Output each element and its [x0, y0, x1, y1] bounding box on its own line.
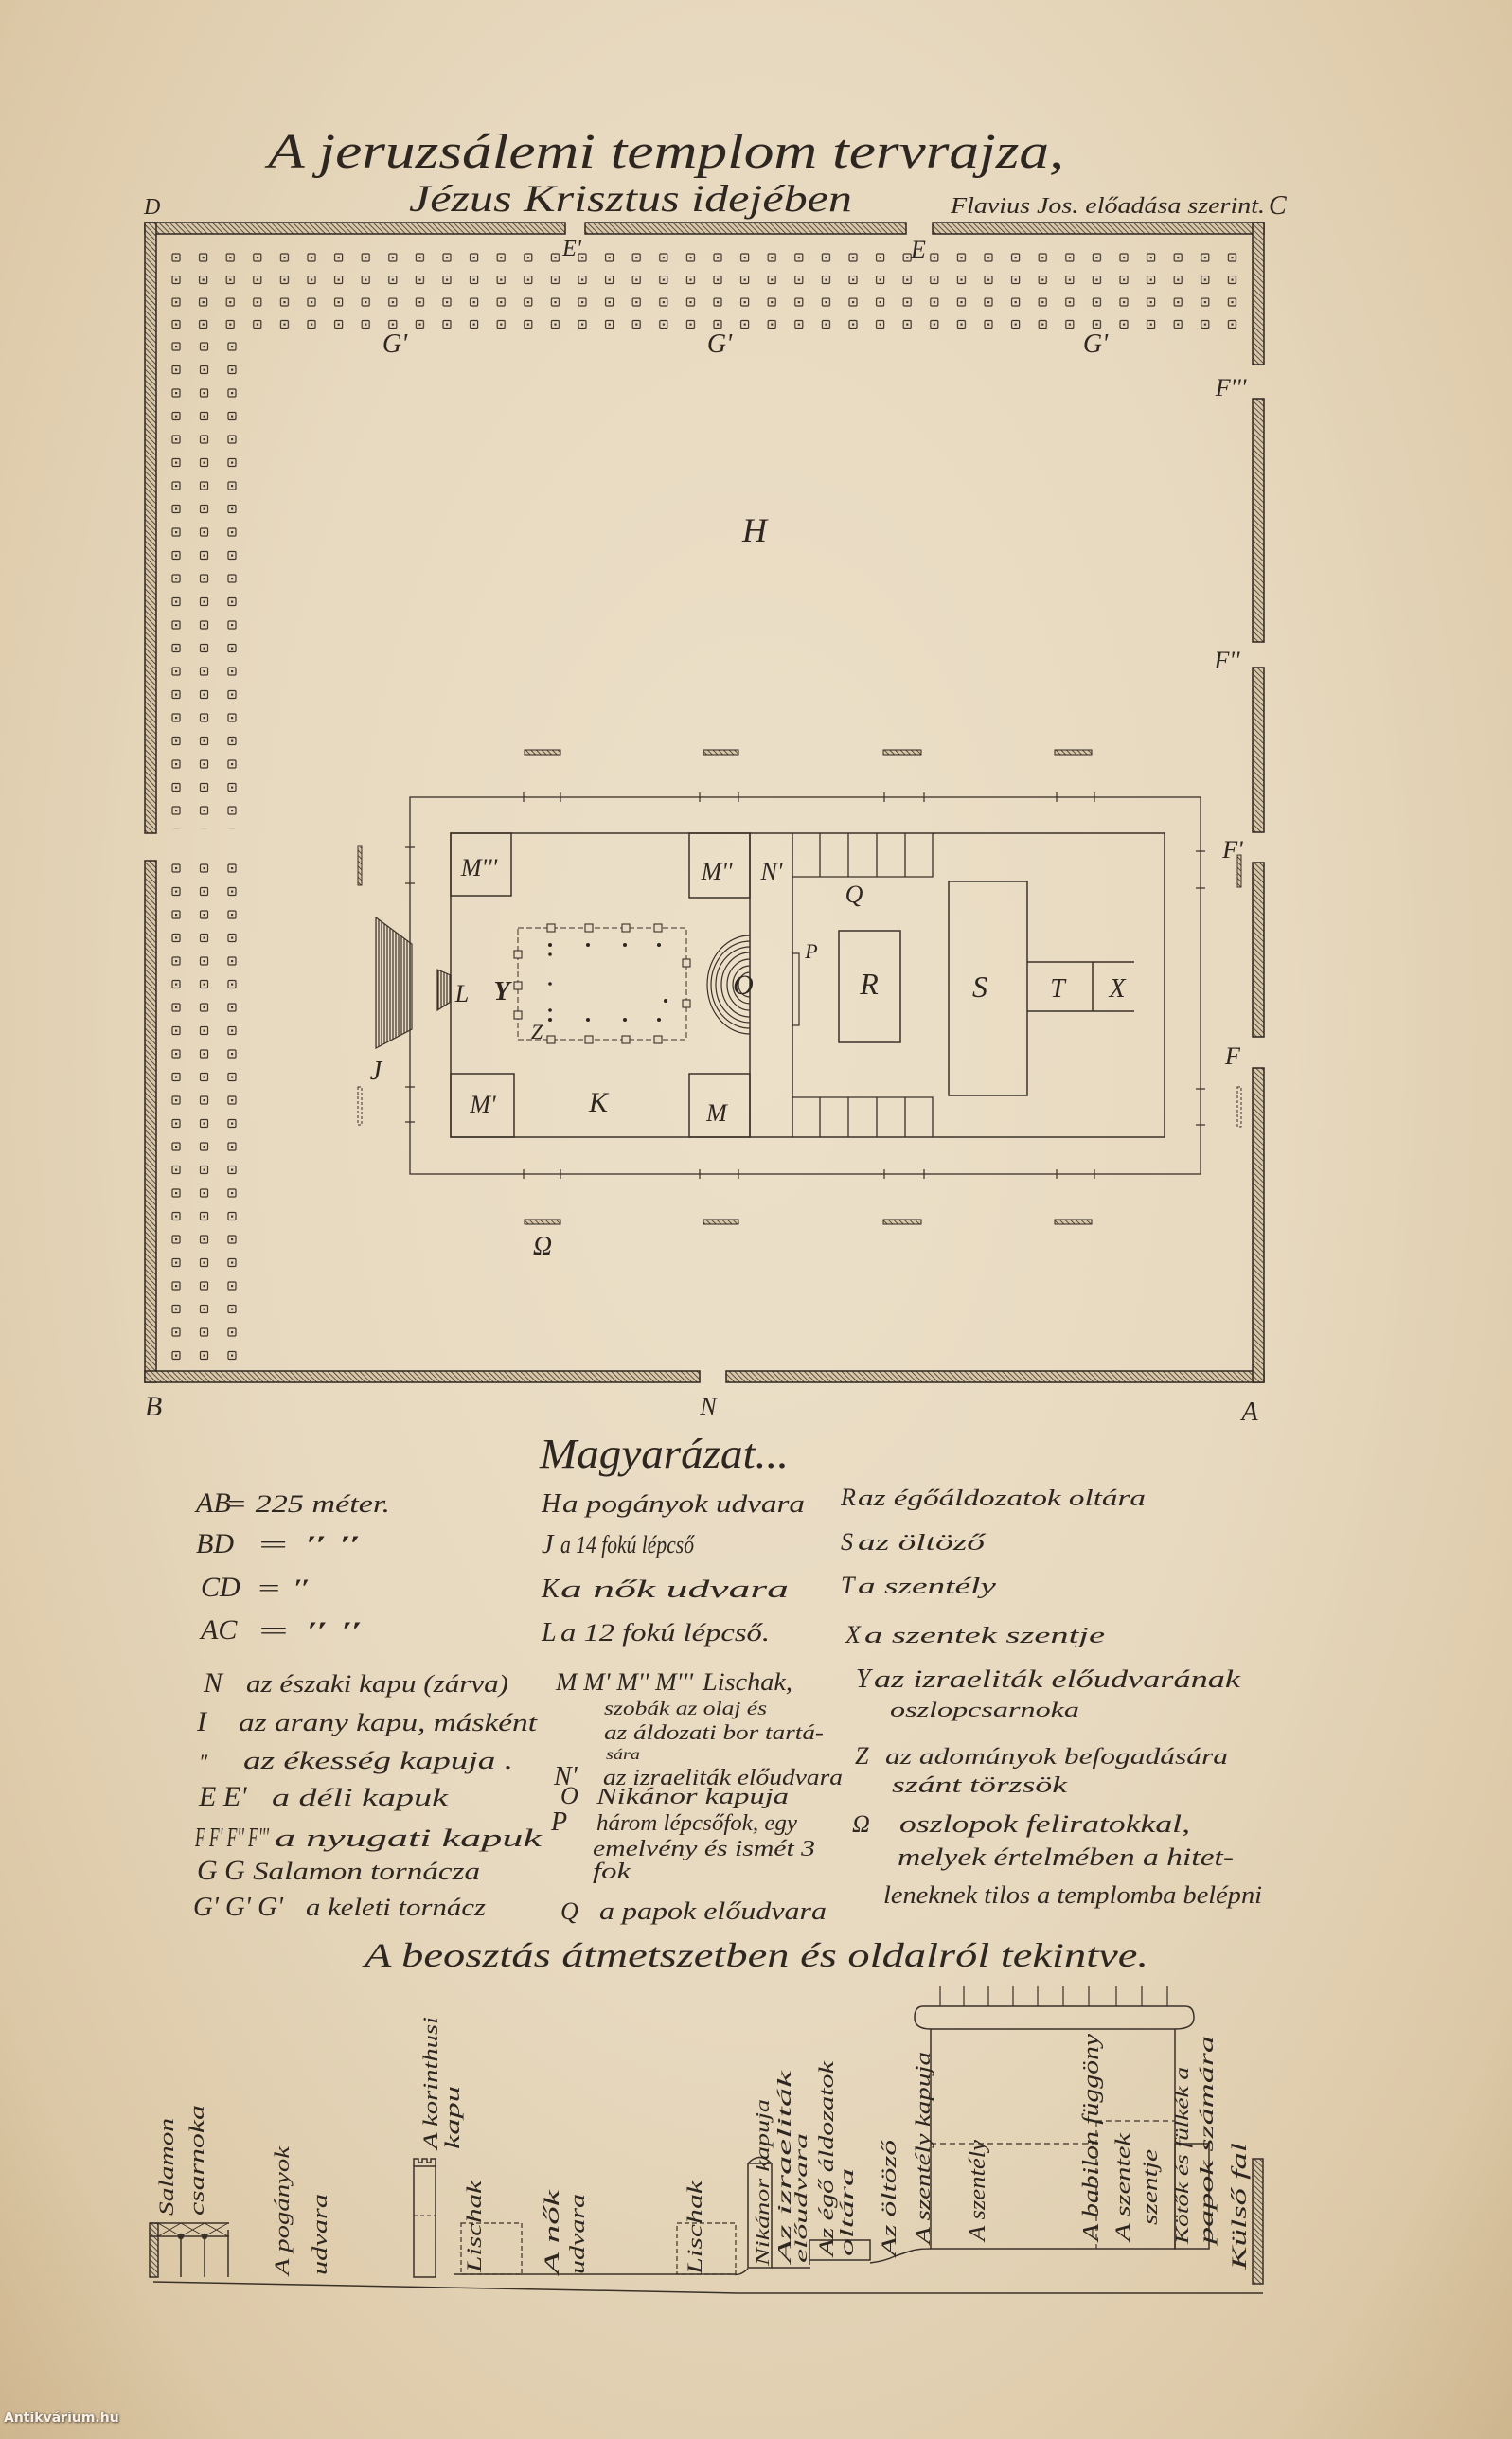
cross-section-labels: Salamon csarnoka A pogányok udvara A kor… [154, 2017, 1251, 2278]
label-west-gate-f2: F'' [1213, 647, 1239, 674]
legend-key: AC [199, 1614, 238, 1646]
legend-text: a nők udvara [560, 1576, 789, 1603]
legend-text: a szentek szentje [864, 1624, 1106, 1648]
label-chamber-m: M [705, 1099, 728, 1127]
legend-text: szánt törzsök [892, 1773, 1068, 1798]
legend-key: F F' F'' F''' [194, 1824, 269, 1853]
legend-text: a nyugati kapuk [275, 1825, 543, 1852]
legend-text: a déli kapuk [272, 1784, 449, 1811]
legend-text: = ″ ″ [256, 1531, 360, 1558]
legend-text: emelvény és ismét 3 [593, 1837, 815, 1861]
legend-key: K [541, 1575, 560, 1604]
legend-text: az öltöző [858, 1531, 987, 1556]
section-label: udvara [308, 2194, 331, 2275]
section-label: csarnoka [185, 2105, 208, 2216]
solomon-porch-columns-lower [171, 863, 255, 1365]
section-label: előudvara [792, 2133, 810, 2263]
west-marker-lower [1237, 1087, 1241, 1127]
terrace-ticks [405, 792, 1205, 1179]
legend-text: Salamon tornácza [253, 1858, 480, 1885]
legend: Magyarázat... AB = 225 méter. BD = ″ ″ C… [193, 1431, 1262, 1925]
legend-text: = ″ [256, 1575, 310, 1602]
section-label: Salamon [154, 2118, 178, 2216]
legend-key: Ω [852, 1810, 870, 1838]
legend-left-column: AB = 225 méter. BD = ″ ″ CD = ″ AC = ″ ″… [193, 1487, 543, 1922]
label-warning-pillars: Ω [533, 1232, 552, 1261]
label-east-porch-3: G' [1083, 329, 1109, 359]
section-label: A szentély kapuja [911, 2052, 934, 2247]
section-label: A nők [540, 2188, 563, 2278]
label-holy-place: T [1050, 974, 1067, 1004]
section-label: Az égő áldozatok [814, 2059, 838, 2258]
east-marker-lower [358, 1087, 362, 1125]
label-womens-court: K [588, 1087, 610, 1118]
section-label: A szentély [966, 2140, 990, 2244]
terrace-outline [410, 797, 1201, 1174]
legend-key: E E' [198, 1781, 247, 1812]
corner-label-a: A [1239, 1398, 1258, 1427]
colonnades [171, 253, 1241, 1365]
temple-elevation [915, 1986, 1209, 2249]
section-label: Nikánor kapuja [753, 2099, 774, 2267]
label-chamber-m2: M'' [701, 858, 733, 885]
label-north-gate: N [699, 1393, 718, 1420]
legend-key: P [550, 1807, 567, 1837]
legend-key: J [542, 1530, 555, 1559]
label-stair-14: J [370, 1057, 383, 1086]
section-label: Az öltöző [877, 2139, 900, 2260]
plan-labels: H G' G' G' E' E F''' F'' F' F B N A J L … [145, 236, 1259, 1427]
legend-text: Lischak, [702, 1668, 792, 1696]
label-chamber-m3: M''' [460, 854, 498, 881]
steps-bottom [792, 1097, 933, 1137]
legend-text: oszlopok feliratokkal, [899, 1810, 1190, 1838]
corner-label-d: D [143, 195, 160, 220]
legend-right-column: R az égőáldozatok oltára S az öltöző T a… [840, 1484, 1262, 1909]
legend-key: M M' M'' M''' [555, 1668, 693, 1696]
legend-title: Magyarázat... [539, 1431, 789, 1477]
label-porch: S [972, 970, 987, 1004]
legend-text: az adományok befogadására [885, 1745, 1228, 1770]
legend-key: S [841, 1528, 853, 1556]
legend-key: O [560, 1782, 578, 1809]
temple-plan-sheet: A jeruzsálemi templom tervrajza, Jézus K… [0, 0, 1512, 2439]
legend-key: G G [197, 1855, 245, 1886]
legend-key: T [841, 1572, 856, 1599]
outer-wall [145, 223, 1264, 1382]
section-label: A korinthusi [418, 2017, 442, 2152]
legend-text: sára [606, 1747, 640, 1763]
label-west-gate-f: F [1224, 1042, 1241, 1070]
label-east-porch-2: G' [707, 329, 733, 359]
legend-key: H [541, 1489, 562, 1519]
label-colonnade: Y [493, 977, 512, 1006]
stair-12-steps [437, 970, 451, 1010]
solomon-porch-columns-upper [171, 342, 255, 829]
legend-text: fok [593, 1860, 631, 1884]
legend-text: = 225 méter. [225, 1490, 390, 1518]
label-altar: R [859, 967, 879, 1001]
platform-outline [792, 953, 799, 1025]
womens-court-colonnade [518, 928, 686, 1040]
title-line-2: Jézus Krisztus idejében [409, 177, 852, 220]
section-label: A szentek [1111, 2131, 1134, 2243]
legend-middle-column: H a pogányok udvara J a 14 fokú lépcső K… [541, 1489, 843, 1925]
title-block: A jeruzsálemi templom tervrajza, Jézus K… [143, 125, 1287, 221]
section-label: papok számára [1197, 2036, 1218, 2248]
section-label: Lischak [462, 2179, 486, 2273]
label-east-porch-1: G' [382, 329, 408, 359]
legend-key: G' G' G' [193, 1893, 284, 1922]
legend-key: I [196, 1706, 208, 1737]
legend-key: R [840, 1484, 856, 1511]
watermark: Antikvárium.hu [4, 2411, 119, 2426]
legend-text: melyek értelmében a hitet- [898, 1843, 1234, 1871]
legend-text: az ékesség kapuja . [243, 1747, 513, 1774]
title-source: Flavius Jos. előadása szerint. [950, 194, 1265, 219]
legend-text: a papok előudvara [599, 1897, 827, 1925]
section-label: Lischak [683, 2179, 706, 2275]
legend-text: az izraeliták előudvarának [874, 1665, 1241, 1693]
legend-text: az égőáldozatok oltára [858, 1487, 1146, 1511]
section-label: udvara [565, 2194, 589, 2274]
legend-text: leneknek tilos a templomba belépni [883, 1881, 1262, 1909]
east-porch-columns [171, 253, 1241, 342]
legend-text: a pogányok udvara [562, 1490, 805, 1518]
legend-key: Z [855, 1742, 869, 1770]
label-chamber-m1: M' [469, 1091, 496, 1118]
label-west-gate-f3: F''' [1215, 374, 1247, 401]
section-label: Kötők és fülkék a [1172, 2067, 1193, 2245]
legend-key: BD [196, 1528, 234, 1559]
legend-text: oszlopcsarnoka [890, 1698, 1079, 1721]
legend-text: az áldozati bor tartá- [604, 1720, 824, 1744]
label-priests-court: Q [845, 881, 863, 908]
corner-label-b: B [145, 1391, 162, 1422]
legend-key: Q [560, 1897, 578, 1925]
east-marker-upper [358, 846, 362, 885]
legend-key: X [845, 1621, 862, 1648]
legend-key: CD [201, 1572, 240, 1603]
stair-14-steps [376, 917, 412, 1048]
section-label: A pogányok [270, 2145, 294, 2277]
corner-label-c: C [1269, 191, 1287, 221]
legend-text: a 12 fokú lépcső. [560, 1619, 770, 1647]
label-israel-court: N' [760, 858, 783, 885]
label-holy-of-holies: X [1108, 974, 1126, 1004]
legend-key: ″ [199, 1750, 208, 1773]
label-stair-12: L [454, 980, 469, 1007]
solomon-porch-elevation [150, 2223, 229, 2277]
label-west-gate-f1: F' [1221, 836, 1243, 863]
section-label: A babilon függöny [1079, 2034, 1104, 2244]
section-label: kapu [440, 2086, 464, 2149]
label-treasury: Z [531, 1020, 543, 1043]
outer-wall-elevation [1253, 2159, 1263, 2284]
label-court-of-gentiles: H [741, 511, 769, 549]
legend-text: a keleti tornácz [306, 1894, 486, 1921]
corinthian-gate-elevation [414, 2159, 436, 2277]
legend-text: az északi kapu (zárva) [246, 1670, 508, 1698]
legend-text: a szentély [858, 1575, 997, 1599]
label-nicanor-gate: O [733, 970, 754, 1001]
ground-line [153, 2282, 1263, 2293]
warning-pillar-markers [525, 750, 1092, 1224]
section-label: oltára [837, 2168, 858, 2256]
treasury-chests [548, 943, 667, 1022]
title-line-1: A jeruzsálemi templom tervrajza, [264, 125, 1064, 179]
legend-text: három lépcsőfok, egy [596, 1811, 797, 1836]
porch-outline [949, 881, 1027, 1095]
section-label: szentje [1138, 2149, 1162, 2225]
label-platform: P [804, 939, 817, 963]
legend-text: az arany kapu, másként [239, 1709, 538, 1736]
legend-text: Nikánor kapuja [596, 1785, 789, 1809]
steps-top [792, 833, 933, 877]
legend-key: Y [856, 1665, 874, 1694]
label-south-gate-e: E [910, 236, 926, 263]
legend-key: L [541, 1618, 557, 1647]
legend-text: szobák az olaj és [604, 1699, 767, 1719]
section-label: Külső fal [1227, 2143, 1251, 2271]
legend-key: N [203, 1667, 224, 1699]
legend-text: = ″ ″ [256, 1617, 362, 1645]
label-south-gate-e-prime: E' [561, 237, 582, 261]
section-title: A beosztás átmetszetben és oldalról teki… [362, 1936, 1148, 1974]
legend-text: a 14 fokú lépcső [560, 1531, 695, 1558]
